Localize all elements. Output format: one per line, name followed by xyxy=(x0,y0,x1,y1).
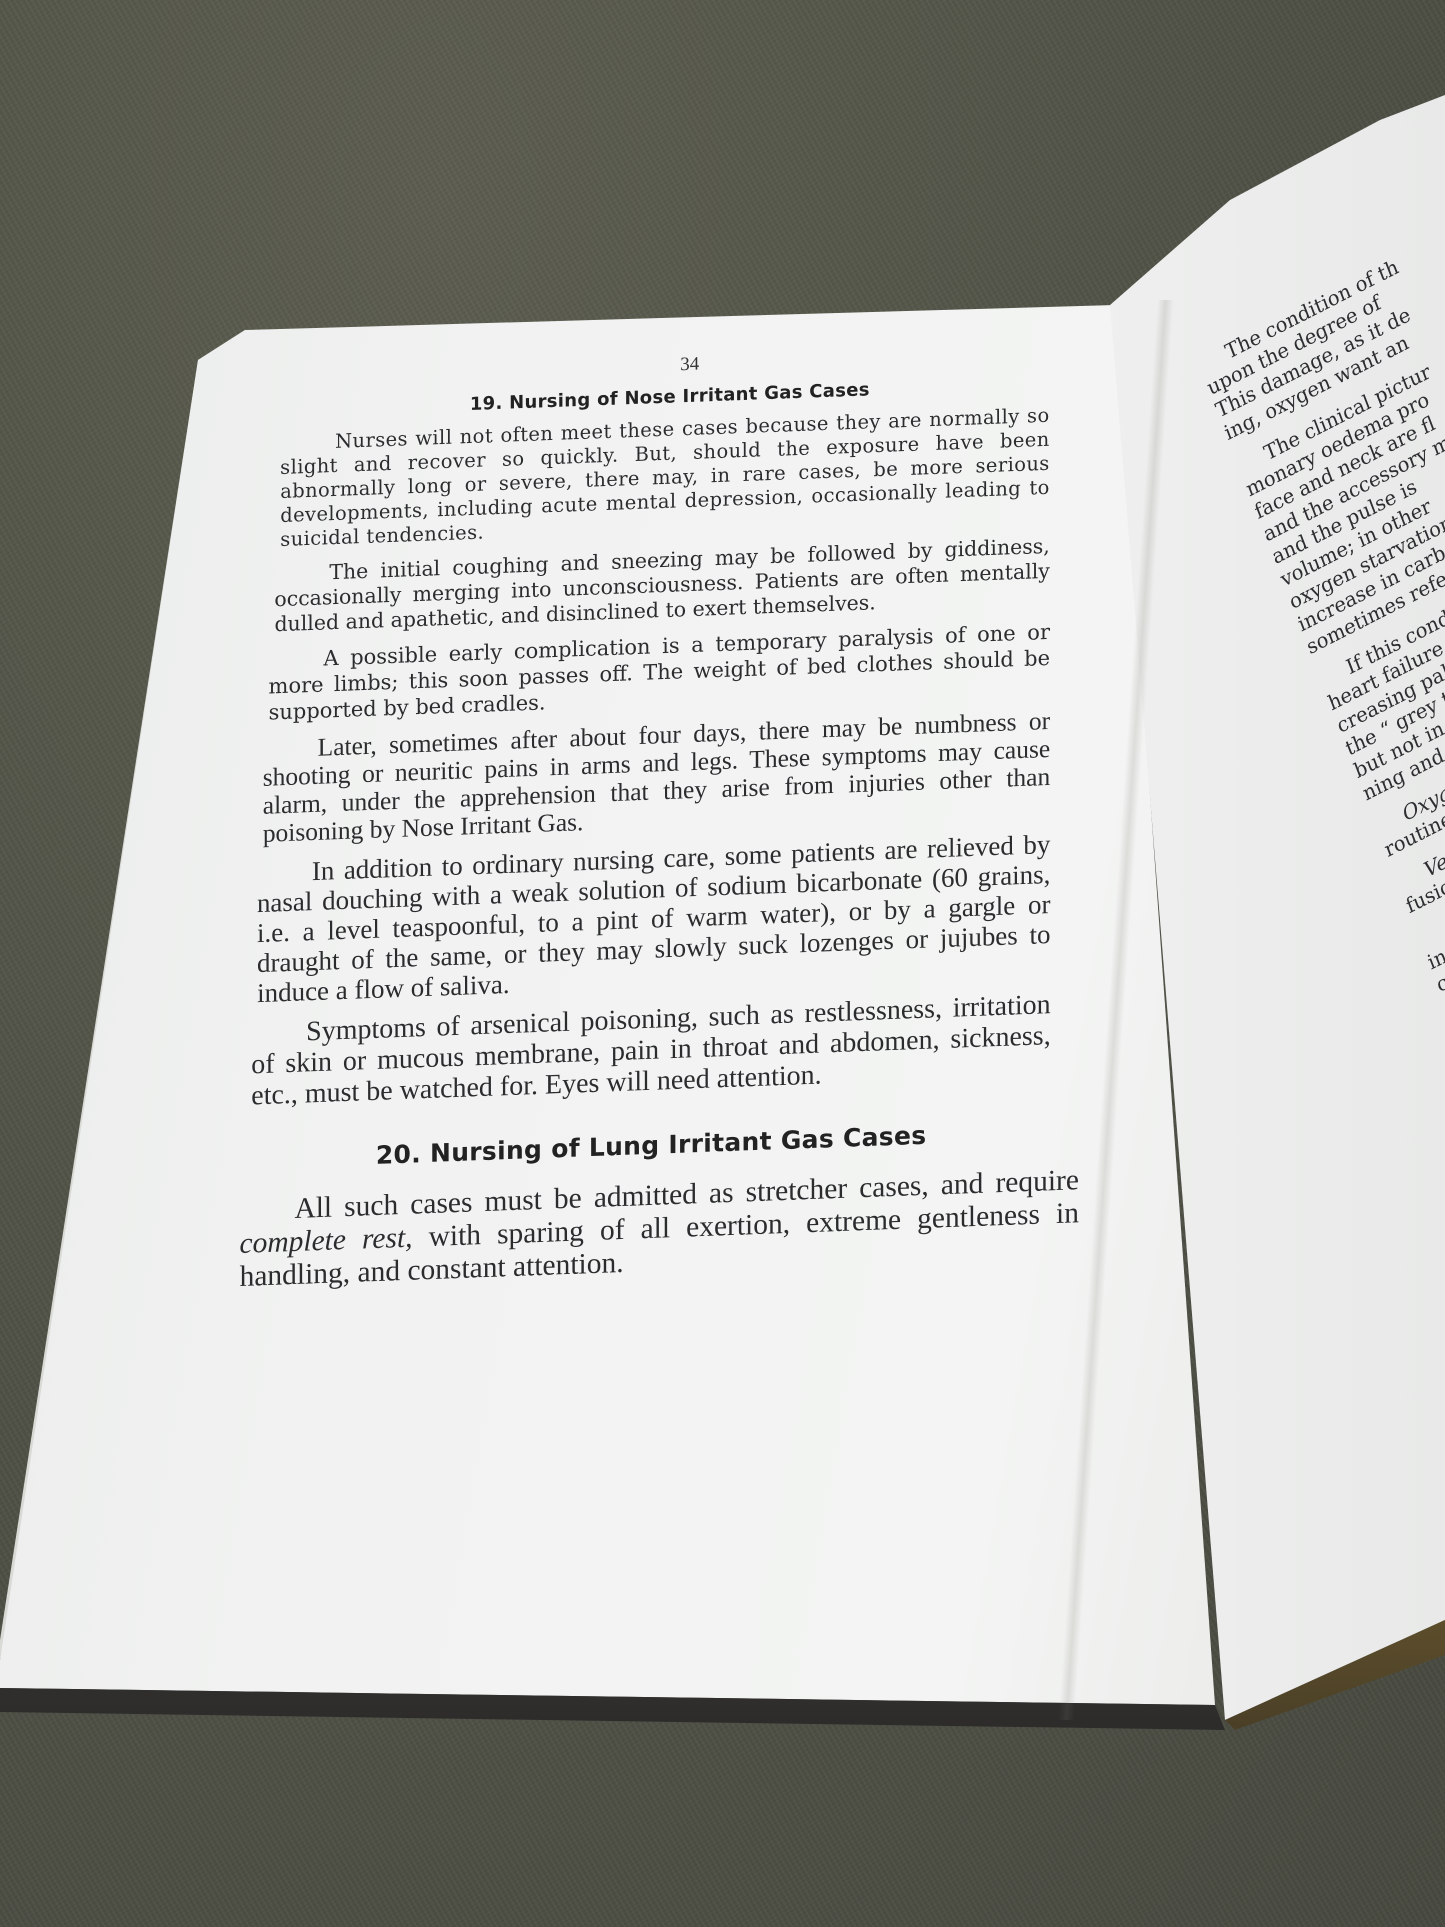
section-19-paragraph: The initial coughing and sneezing may be… xyxy=(274,534,1050,637)
section-20-heading: 20. Nursing of Lung Irritant Gas Cases xyxy=(251,1116,1051,1174)
section-20-paragraph: All such cases must be admitted as stret… xyxy=(239,1164,1079,1294)
photo-scene: 34 19. Nursing of Nose Irritant Gas Case… xyxy=(0,0,1445,1927)
section-19-paragraph: Later, sometimes after about four days, … xyxy=(263,707,1051,848)
section-19-paragraph: Symptoms of arsenical poisoning, such as… xyxy=(251,989,1051,1111)
section-19-paragraph: Nurses will not often meet these cases b… xyxy=(280,404,1050,552)
left-page-text: 34 19. Nursing of Nose Irritant Gas Case… xyxy=(250,341,1051,1304)
section-20-emphasis: complete rest, xyxy=(240,1222,413,1260)
section-19-paragraph: In addition to ordinary nursing care, so… xyxy=(257,829,1051,1008)
